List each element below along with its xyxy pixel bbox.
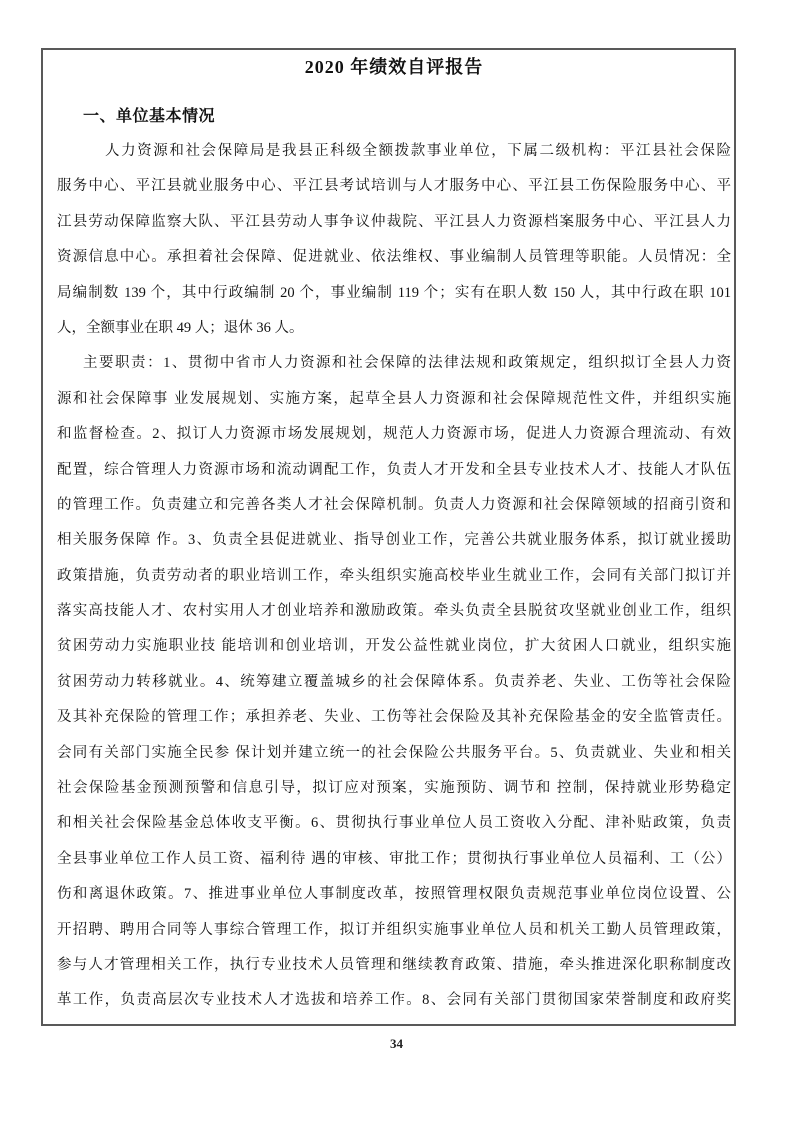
body-line: 全县事业单位工作人员工资、福利待 遇的审核、审批工作；贯彻执行事业单位人员福利、… <box>57 842 731 877</box>
body-line: 及其补充保险的管理工作；承担养老、失业、工伤等社会保险及其补充保险基金的安全监管… <box>57 700 731 735</box>
body-line: 江县劳动保障监察大队、平江县劳动人事争议仲裁院、平江县人力资源档案服务中心、平江… <box>57 205 731 240</box>
paragraph: 人力资源和社会保障局是我县正科级全额拨款事业单位，下属二级机构：平江县社会保险服… <box>57 134 731 346</box>
document-border-frame: 2020 年绩效自评报告 一、单位基本情况 人力资源和社会保障局是我县正科级全额… <box>41 48 736 1026</box>
body-line: 源和社会保障事 业发展规划、实施方案，起草全县人力资源和社会保障规范性文件，并组… <box>57 382 731 417</box>
body-line: 伤和离退休政策。7、推进事业单位人事制度改革，按照管理权限负责规范事业单位岗位设… <box>57 877 731 912</box>
body-line: 政策措施，负责劳动者的职业培训工作，牵头组织实施高校毕业生就业工作，会同有关部门… <box>57 559 731 594</box>
body-line: 主要职责：1、贯彻中省市人力资源和社会保障的法律法规和政策规定，组织拟订全县人力… <box>57 346 731 381</box>
body-line: 资源信息中心。承担着社会保障、促进就业、依法维权、事业编制人员管理等职能。人员情… <box>57 240 731 275</box>
body-line: 贫困劳动力实施职业技 能培训和创业培训，开发公益性就业岗位，扩大贫困人口就业，组… <box>57 629 731 664</box>
body-line: 人，全额事业在职 49 人；退休 36 人。 <box>57 311 731 346</box>
body-line: 服务中心、平江县就业服务中心、平江县考试培训与人才服务中心、平江县工伤保险服务中… <box>57 169 731 204</box>
body-line: 社会保险基金预测预警和信息引导，拟订应对预案，实施预防、调节和 控制，保持就业形… <box>57 771 731 806</box>
document-page: { "document": { "title": "2020 年绩效自评报告",… <box>0 0 793 1122</box>
body-line: 和监督检查。2、拟订人力资源市场发展规划，规范人力资源市场，促进人力资源合理流动… <box>57 417 731 452</box>
paragraph: 主要职责：1、贯彻中省市人力资源和社会保障的法律法规和政策规定，组织拟订全县人力… <box>57 346 731 1018</box>
body-line: 革工作，负责高层次专业技术人才选拔和培养工作。8、会同有关部门贯彻国家荣誉制度和… <box>57 983 731 1018</box>
body-line: 配置，综合管理人力资源市场和流动调配工作，负责人才开发和全县专业技术人才、技能人… <box>57 453 731 488</box>
body-line: 人力资源和社会保障局是我县正科级全额拨款事业单位，下属二级机构：平江县社会保险 <box>57 134 731 169</box>
document-title: 2020 年绩效自评报告 <box>57 50 731 78</box>
page-number: 34 <box>0 1036 793 1052</box>
body-line: 开招聘、聘用合同等人事综合管理工作，拟订并组织实施事业单位人员和机关工勤人员管理… <box>57 913 731 948</box>
body-line: 贫困劳动力转移就业。4、统筹建立覆盖城乡的社会保障体系。负责养老、失业、工伤等社… <box>57 665 731 700</box>
body-line: 的管理工作。负责建立和完善各类人才社会保障机制。负责人力资源和社会保障领域的招商… <box>57 488 731 523</box>
body-line: 相关服务保障 作。3、负责全县促进就业、指导创业工作，完善公共就业服务体系，拟订… <box>57 523 731 558</box>
body-line: 落实高技能人才、农村实用人才创业培养和激励政策。牵头负责全县脱贫攻坚就业创业工作… <box>57 594 731 629</box>
section-heading: 一、单位基本情况 <box>83 106 731 128</box>
body-line: 局编制数 139 个，其中行政编制 20 个，事业编制 119 个；实有在职人数… <box>57 276 731 311</box>
body-line: 会同有关部门实施全民参 保计划并建立统一的社会保险公共服务平台。5、负责就业、失… <box>57 736 731 771</box>
body-line: 和相关社会保险基金总体收支平衡。6、贯彻执行事业单位人员工资收入分配、津补贴政策… <box>57 806 731 841</box>
document-body: 人力资源和社会保障局是我县正科级全额拨款事业单位，下属二级机构：平江县社会保险服… <box>57 134 731 1019</box>
body-line: 参与人才管理相关工作，执行专业技术人员管理和继续教育政策、措施，牵头推进深化职称… <box>57 948 731 983</box>
